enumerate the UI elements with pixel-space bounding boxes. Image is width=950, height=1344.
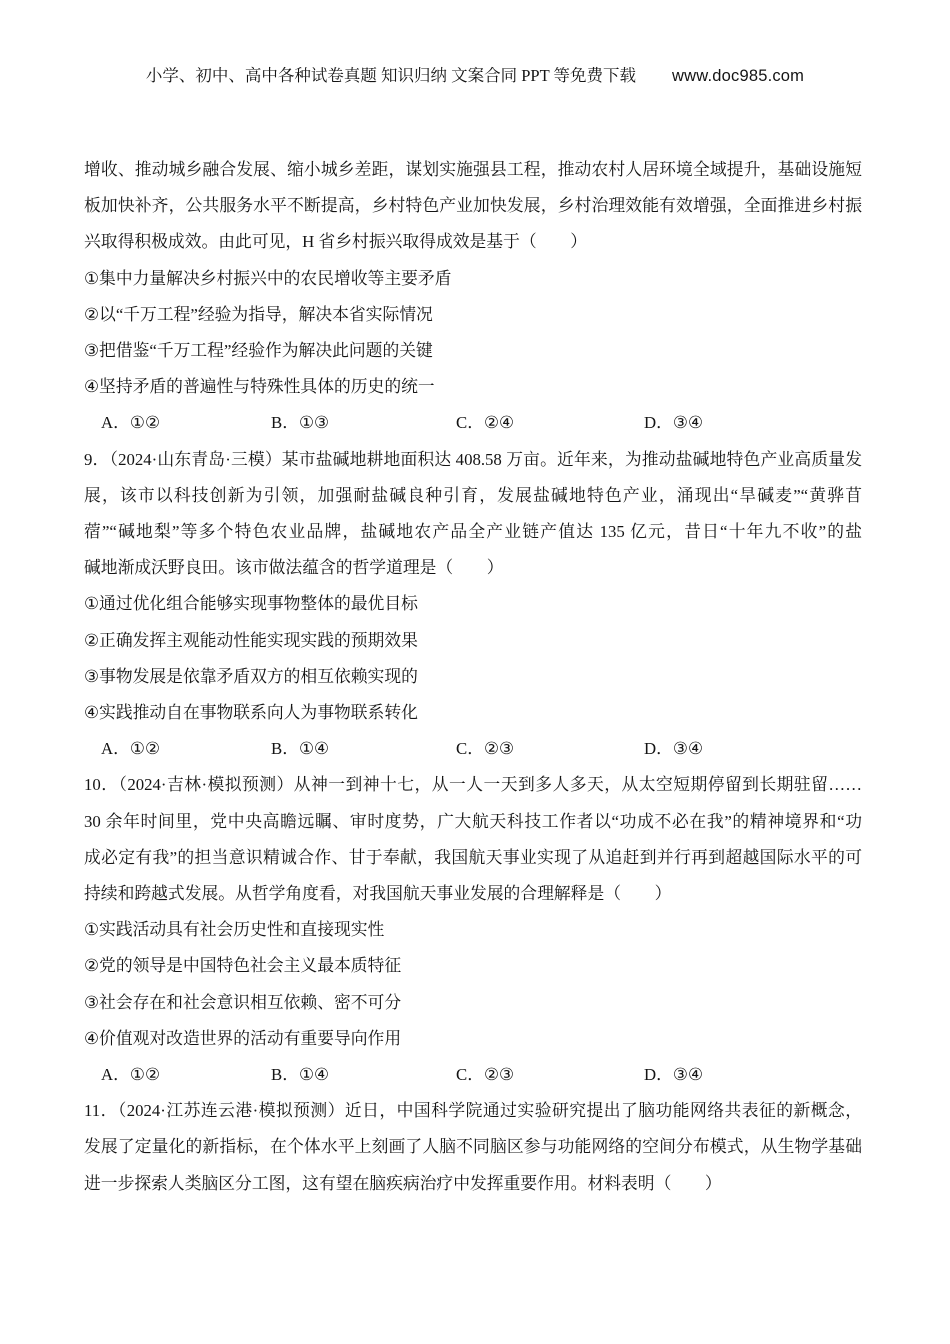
q9-option-c: C．②③ bbox=[456, 731, 644, 767]
q9-stem-line-2: 展，该市以科技创新为引领，加强耐盐碱良种引育，发展盐碱地特色产业，涌现出“旱碱麦… bbox=[84, 478, 862, 514]
q10-options-row: A．①② B．①④ C．②③ D．③④ bbox=[84, 1057, 862, 1093]
q9-stem-line-3: 蓿”“碱地梨”等多个特色农业品牌，盐碱地农产品全产业链产值达 135 亿元，昔日… bbox=[84, 514, 862, 550]
q10-item-3: ③社会存在和社会意识相互依赖、密不可分 bbox=[84, 985, 862, 1021]
q10-stem-line-3: 成必定有我”的担当意识精诚合作、甘于奉献，我国航天事业实现了从追赶到并行再到超越… bbox=[84, 840, 862, 876]
q9-option-b: B．①④ bbox=[271, 731, 456, 767]
q9-item-3: ③事物发展是依靠矛盾双方的相互依赖实现的 bbox=[84, 659, 862, 695]
q10-option-a: A．①② bbox=[101, 1057, 271, 1093]
q9-stem-line-4: 碱地渐成沃野良田。该市做法蕴含的哲学道理是（ ） bbox=[84, 550, 862, 586]
q9-item-2: ②正确发挥主观能动性能实现实践的预期效果 bbox=[84, 623, 862, 659]
q8-options-row: A．①② B．①③ C．②④ D．③④ bbox=[84, 405, 862, 441]
q8-item-2: ②以“千万工程”经验为指导，解决本省实际情况 bbox=[84, 297, 862, 333]
document-body: 增收、推动城乡融合发展、缩小城乡差距，谋划实施强县工程，推动农村人居环境全域提升… bbox=[84, 152, 862, 1202]
q9-item-4: ④实践推动自在事物联系向人为事物联系转化 bbox=[84, 695, 862, 731]
q10-option-b: B．①④ bbox=[271, 1057, 456, 1093]
q8-item-3: ③把借鉴“千万工程”经验作为解决此问题的关键 bbox=[84, 333, 862, 369]
q10-stem-line-4: 持续和跨越式发展。从哲学角度看，对我国航天事业发展的合理解释是（ ） bbox=[84, 876, 862, 912]
q10-item-4: ④价值观对改造世界的活动有重要导向作用 bbox=[84, 1021, 862, 1057]
q8-option-b: B．①③ bbox=[271, 405, 456, 441]
header-note: 小学、初中、高中各种试卷真题 知识归纳 文案合同 PPT 等免费下载 bbox=[146, 62, 636, 86]
q8-option-d: D．③④ bbox=[644, 405, 862, 441]
q10-item-1: ①实践活动具有社会历史性和直接现实性 bbox=[84, 912, 862, 948]
q10-option-d: D．③④ bbox=[644, 1057, 862, 1093]
q9-option-d: D．③④ bbox=[644, 731, 862, 767]
q11-stem-line-3: 进一步探索人类脑区分工图，这有望在脑疾病治疗中发挥重要作用。材料表明（ ） bbox=[84, 1166, 862, 1202]
q10-stem-line-1: 10．（2024·吉林·模拟预测）从神一到神十七，从一人一天到多人多天，从太空短… bbox=[84, 767, 862, 803]
page-header: 小学、初中、高中各种试卷真题 知识归纳 文案合同 PPT 等免费下载 www.d… bbox=[0, 62, 950, 86]
q11-stem-line-1: 11．（2024·江苏连云港·模拟预测）近日，中国科学院通过实验研究提出了脑功能… bbox=[84, 1093, 862, 1129]
q8-stem-line-1: 增收、推动城乡融合发展、缩小城乡差距，谋划实施强县工程，推动农村人居环境全域提升… bbox=[84, 152, 862, 188]
q11-stem-line-2: 发展了定量化的新指标，在个体水平上刻画了人脑不同脑区参与功能网络的空间分布模式，… bbox=[84, 1129, 862, 1165]
q9-stem-line-1: 9．（2024·山东青岛·三模）某市盐碱地耕地面积达 408.58 万亩。近年来… bbox=[84, 442, 862, 478]
q8-item-4: ④坚持矛盾的普遍性与特殊性具体的历史的统一 bbox=[84, 369, 862, 405]
q8-option-a: A．①② bbox=[101, 405, 271, 441]
q10-stem-line-2: 30 余年时间里，党中央高瞻远瞩、审时度势，广大航天科技工作者以“功成不必在我”… bbox=[84, 804, 862, 840]
q8-item-1: ①集中力量解决乡村振兴中的农民增收等主要矛盾 bbox=[84, 261, 862, 297]
q10-option-c: C．②③ bbox=[456, 1057, 644, 1093]
q9-option-a: A．①② bbox=[101, 731, 271, 767]
q9-item-1: ①通过优化组合能够实现事物整体的最优目标 bbox=[84, 586, 862, 622]
q8-option-c: C．②④ bbox=[456, 405, 644, 441]
q8-stem-line-3: 兴取得积极成效。由此可见，H 省乡村振兴取得成效是基于（ ） bbox=[84, 224, 862, 260]
q9-options-row: A．①② B．①④ C．②③ D．③④ bbox=[84, 731, 862, 767]
header-site-url: www.doc985.com bbox=[672, 67, 804, 86]
q8-stem-line-2: 板加快补齐，公共服务水平不断提高，乡村特色产业加快发展，乡村治理效能有效增强，全… bbox=[84, 188, 862, 224]
q10-item-2: ②党的领导是中国特色社会主义最本质特征 bbox=[84, 948, 862, 984]
exam-page: 小学、初中、高中各种试卷真题 知识归纳 文案合同 PPT 等免费下载 www.d… bbox=[0, 0, 950, 1344]
